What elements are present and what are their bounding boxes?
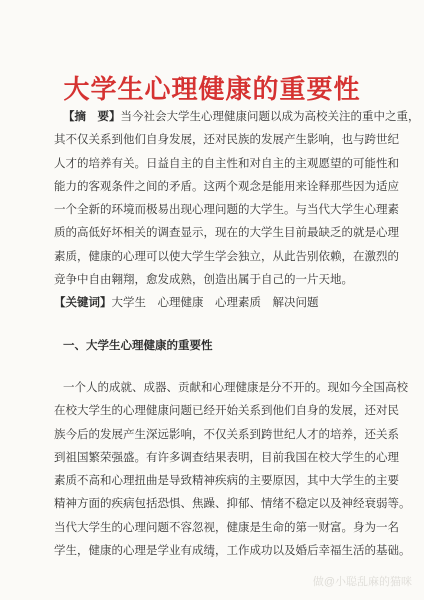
keywords-marker: 【关键词】 (54, 297, 112, 309)
body-line: 一个人的成就、成器、贡献和心理健康是分不开的。现如今全国高校 (54, 377, 384, 400)
abstract-line: 一个全新的环境而极易出现心理问题的大学生。与当代大学生心理素 (54, 199, 384, 222)
abstract-first-text: 当今社会大学生心理健康问题以成为高校关注的重中之重， (121, 111, 420, 123)
abstract-line: 其不仅关系到他们自身发展，还对民族的发展产生影响，也与跨世纪 (54, 129, 384, 152)
abstract-line: 人才的培养有关。日益自主的自主性和对自主的主观愿望的可能性和 (54, 153, 384, 176)
document-title: 大学生心理健康的重要性 (0, 69, 424, 106)
body-paragraph: 一个人的成就、成器、贡献和心理健康是分不开的。现如今全国高校 在校大学生的心理健… (54, 377, 384, 563)
abstract-line: 素质，健康的心理可以使大学生学会独立，从此告别依赖，在激烈的 (54, 246, 384, 269)
body-line: 精神方面的疾病包括恐惧、焦躁、抑郁、情绪不稳定以及神经衰弱等。 (54, 493, 384, 516)
abstract-line: 【摘 要】当今社会大学生心理健康问题以成为高校关注的重中之重， (54, 106, 384, 129)
keywords-line: 【关键词】大学生 心理健康 心理素质 解决问题 (54, 292, 384, 315)
abstract-line: 竞争中自由翱翔，愈发成熟，创造出属于自己的一片天地。 (54, 269, 384, 292)
body-line: 族今后的发展产生深远影响，不仅关系到跨世纪人才的培养，还关系 (54, 424, 384, 447)
abstract-line: 质的高低好坏相关的调查显示，现在的大学生目前最缺乏的就是心理 (54, 222, 384, 245)
body-line: 在校大学生的心理健康问题已经开始关系到他们自身的发展，还对民 (54, 400, 384, 423)
abstract-line: 能力的客观条件之间的矛盾。这两个观念是能用来诠释那些因为适应 (54, 176, 384, 199)
document-page: 大学生心理健康的重要性 【摘 要】当今社会大学生心理健康问题以成为高校关注的重中… (0, 0, 424, 600)
body-line: 到祖国繁荣强盛。有许多调查结果表明，目前我国在校大学生的心理 (54, 447, 384, 470)
section-heading: 一、大学生心理健康的重要性 (63, 338, 213, 354)
abstract-paragraph: 【摘 要】当今社会大学生心理健康问题以成为高校关注的重中之重， 其不仅关系到他们… (54, 106, 384, 316)
page-number: 1 (0, 550, 424, 559)
watermark: 做@小聪乱麻的猫咪 (313, 573, 412, 589)
keywords-text: 大学生 心理健康 心理素质 解决问题 (112, 297, 319, 309)
body-line: 素质不高和心理扭曲是导致精神疾病的主要原因，其中大学生的主要 (54, 470, 384, 493)
abstract-marker: 【摘 要】 (63, 111, 121, 123)
body-line: 当代大学生的心理问题不容忽视，健康是生命的第一财富。身为一名 (54, 517, 384, 540)
